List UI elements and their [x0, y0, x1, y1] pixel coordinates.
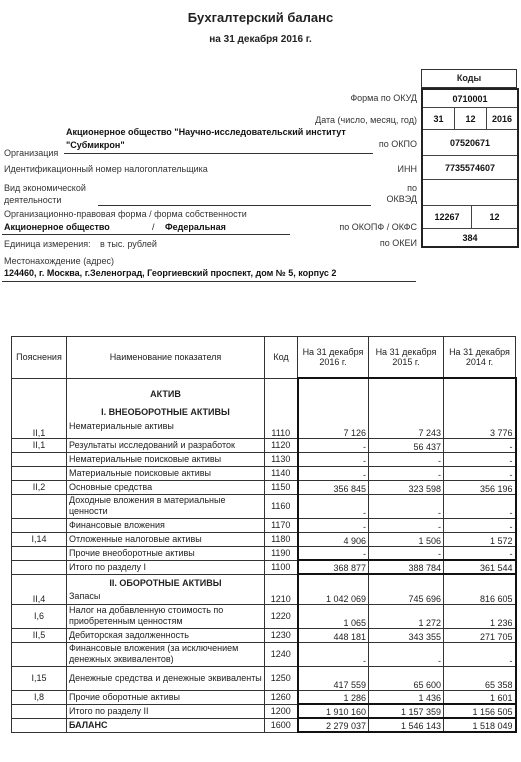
row-code: 1100 — [265, 560, 298, 574]
table-row: Финансовые вложения (за исключением дене… — [12, 642, 516, 666]
codes-header: Коды — [421, 69, 517, 88]
row-note — [12, 546, 67, 560]
inn-value: 7735574607 — [423, 156, 517, 179]
org-name-line-2: "Субмикрон" — [64, 140, 373, 154]
okud-label: Форма по ОКУД — [350, 93, 417, 103]
row-name-text: Запасы — [69, 591, 100, 601]
row-name-text: Отложенные налоговые активы — [69, 534, 202, 544]
row-name: Доходные вложения в материальные ценност… — [67, 494, 265, 518]
okfs-value: 12 — [472, 206, 517, 228]
value-2014: 356 196 — [444, 480, 516, 494]
ownership-value: Федеральная — [165, 222, 226, 232]
value-2016: 1 286 — [298, 690, 369, 704]
value-2016: 2 279 037 — [298, 718, 369, 732]
value-2016: - — [298, 452, 369, 466]
okei-label: по ОКЕИ — [380, 238, 417, 248]
inn-label: ИНН — [398, 164, 417, 174]
row-name-text: Финансовые вложения (за исключением дене… — [69, 643, 238, 664]
row-name: Нематериальные поисковые активы — [67, 452, 265, 466]
row-code: 1260 — [265, 690, 298, 704]
row-name-text: Материальные поисковые активы — [69, 468, 211, 478]
value-2014: 1 601 — [444, 690, 516, 704]
row-note — [12, 466, 67, 480]
col-2015: На 31 декабря 2015 г. — [369, 337, 444, 379]
row-code: 1160 — [265, 494, 298, 518]
row-code: 1130 — [265, 452, 298, 466]
okei-value: 384 — [423, 229, 517, 246]
row-code: 1250 — [265, 666, 298, 690]
legal-form-value: Акционерное общество — [4, 222, 110, 232]
value-2015: - — [369, 452, 444, 466]
okpo-value: 07520671 — [423, 130, 517, 155]
row-name-text: Нематериальные активы — [69, 421, 174, 431]
col-2014: На 31 декабря 2014 г. — [444, 337, 516, 379]
row-name: АКТИВI. ВНЕОБОРОТНЫЕ АКТИВЫНематериальны… — [67, 378, 265, 438]
row-code: 1210 — [265, 574, 298, 604]
table-row: Прочие внеоборотные активы1190--- — [12, 546, 516, 560]
address-value: 124460, г. Москва, г.Зеленоград, Георгие… — [2, 268, 416, 282]
okud-value: 0710001 — [423, 90, 517, 107]
value-2015: 7 243 — [369, 378, 444, 438]
row-name-text: Налог на добавленную стоимость по приобр… — [69, 605, 223, 626]
col-notes: Пояснения — [12, 337, 67, 379]
row-name: Прочие оборотные активы — [67, 690, 265, 704]
activity-field — [98, 195, 371, 206]
value-2015: - — [369, 494, 444, 518]
org-name-line-1: Акционерное общество "Научно-исследовате… — [66, 127, 346, 137]
value-2014: 1 518 049 — [444, 718, 516, 732]
table-row: I,6Налог на добавленную стоимость по при… — [12, 604, 516, 628]
row-note: II,1 — [12, 438, 67, 452]
table-row: I,8Прочие оборотные активы12601 2861 436… — [12, 690, 516, 704]
row-note — [12, 718, 67, 732]
row-code: 1200 — [265, 704, 298, 718]
document-date: на 31 декабря 2016 г. — [0, 34, 521, 45]
value-2016: - — [298, 466, 369, 480]
row-name: Основные средства — [67, 480, 265, 494]
row-note: II,5 — [12, 628, 67, 642]
row-name: Отложенные налоговые активы — [67, 532, 265, 546]
section-1-heading: I. ВНЕОБОРОТНЫЕ АКТИВЫ — [69, 407, 262, 417]
row-name: II. ОБОРОТНЫЕ АКТИВЫЗапасы — [67, 574, 265, 604]
row-code: 1230 — [265, 628, 298, 642]
row-name-text: БАЛАНС — [69, 720, 108, 730]
date-label: Дата (число, месяц, год) — [315, 115, 417, 125]
value-2015: 1 506 — [369, 532, 444, 546]
row-note: II,4 — [12, 574, 67, 604]
row-name-text: Доходные вложения в материальные ценност… — [69, 495, 225, 516]
table-row: II,1АКТИВI. ВНЕОБОРОТНЫЕ АКТИВЫНематериа… — [12, 378, 516, 438]
value-2016: - — [298, 642, 369, 666]
table-row: II,4II. ОБОРОТНЫЕ АКТИВЫЗапасы12101 042 … — [12, 574, 516, 604]
value-2014: 65 358 — [444, 666, 516, 690]
value-2015: 65 600 — [369, 666, 444, 690]
row-note — [12, 452, 67, 466]
row-code: 1170 — [265, 518, 298, 532]
row-note: I,15 — [12, 666, 67, 690]
total-row: Итого по разделу II12001 910 1601 157 35… — [12, 704, 516, 718]
address-label: Местонахождение (адрес) — [4, 256, 114, 266]
value-2014: 271 705 — [444, 628, 516, 642]
row-note: II,2 — [12, 480, 67, 494]
value-2015: 1 546 143 — [369, 718, 444, 732]
table-row: II,2Основные средства1150356 845323 5983… — [12, 480, 516, 494]
value-2014: 1 236 — [444, 604, 516, 628]
total-row: Итого по разделу I1100368 877388 784361 … — [12, 560, 516, 574]
value-2015: 745 696 — [369, 574, 444, 604]
row-name-text: Денежные средства и денежные эквиваленты — [69, 673, 262, 683]
value-2015: 388 784 — [369, 560, 444, 574]
value-2014: - — [444, 518, 516, 532]
row-note: I,8 — [12, 690, 67, 704]
value-2016: 7 126 — [298, 378, 369, 438]
value-2014: 1 572 — [444, 532, 516, 546]
row-name: Денежные средства и денежные эквиваленты — [67, 666, 265, 690]
okved-value — [423, 180, 517, 205]
section-aktiv: АКТИВ — [69, 389, 262, 399]
date-year: 2016 — [487, 108, 517, 129]
balance-row: БАЛАНС16002 279 0371 546 1431 518 049 — [12, 718, 516, 732]
row-code: 1190 — [265, 546, 298, 560]
row-note — [12, 494, 67, 518]
table-row: I,14Отложенные налоговые активы11804 906… — [12, 532, 516, 546]
value-2016: 4 906 — [298, 532, 369, 546]
ownership-separator: / — [152, 222, 155, 232]
row-note — [12, 560, 67, 574]
okpo-label: по ОКПО — [379, 139, 417, 149]
row-name-text: Прочие оборотные активы — [69, 692, 180, 702]
table-row: II,1Результаты исследований и разработок… — [12, 438, 516, 452]
value-2016: 1 042 069 — [298, 574, 369, 604]
row-note: I,14 — [12, 532, 67, 546]
row-code: 1140 — [265, 466, 298, 480]
value-2016: 356 845 — [298, 480, 369, 494]
table-row: I,15Денежные средства и денежные эквивал… — [12, 666, 516, 690]
value-2015: 56 437 — [369, 438, 444, 452]
row-name: Налог на добавленную стоимость по приобр… — [67, 604, 265, 628]
date-day: 31 — [423, 108, 454, 129]
table-header-row: Пояснения Наименование показателя Код На… — [12, 337, 516, 379]
value-2015: 343 355 — [369, 628, 444, 642]
row-name-text: Прочие внеоборотные активы — [69, 548, 195, 558]
table-row: Финансовые вложения1170--- — [12, 518, 516, 532]
value-2016: 1 910 160 — [298, 704, 369, 718]
row-name-text: Итого по разделу I — [69, 562, 146, 572]
table-row: Нематериальные поисковые активы1130--- — [12, 452, 516, 466]
row-code: 1240 — [265, 642, 298, 666]
row-code: 1150 — [265, 480, 298, 494]
codes-grid: 0710001 31 12 2016 07520671 7735574607 1… — [421, 88, 519, 248]
row-note: II,1 — [12, 378, 67, 438]
unit-label: Единица измерения: — [4, 239, 91, 249]
row-name: БАЛАНС — [67, 718, 265, 732]
row-name: Итого по разделу II — [67, 704, 265, 718]
section-2-heading: II. ОБОРОТНЫЕ АКТИВЫ — [69, 578, 262, 588]
value-2014: - — [444, 642, 516, 666]
value-2016: 417 559 — [298, 666, 369, 690]
row-code: 1600 — [265, 718, 298, 732]
value-2014: 816 605 — [444, 574, 516, 604]
okved-label-2: ОКВЭД — [386, 194, 417, 204]
row-note — [12, 704, 67, 718]
row-note: I,6 — [12, 604, 67, 628]
value-2016: - — [298, 518, 369, 532]
value-2015: 1 272 — [369, 604, 444, 628]
value-2016: 368 877 — [298, 560, 369, 574]
value-2015: - — [369, 466, 444, 480]
activity-label-2: деятельности — [4, 195, 61, 205]
value-2014: 3 776 — [444, 378, 516, 438]
row-name: Прочие внеоборотные активы — [67, 546, 265, 560]
value-2016: - — [298, 546, 369, 560]
legal-form-label: Организационно-правовая форма / форма со… — [4, 209, 247, 219]
value-2015: - — [369, 546, 444, 560]
col-2016: На 31 декабря 2016 г. — [298, 337, 369, 379]
row-name: Материальные поисковые активы — [67, 466, 265, 480]
row-code: 1110 — [265, 378, 298, 438]
value-2014: - — [444, 438, 516, 452]
table-row: Материальные поисковые активы1140--- — [12, 466, 516, 480]
value-2014: 361 544 — [444, 560, 516, 574]
row-code: 1120 — [265, 438, 298, 452]
value-2016: - — [298, 438, 369, 452]
date-month: 12 — [455, 108, 486, 129]
okopf-value: 12267 — [423, 206, 471, 228]
balance-table: Пояснения Наименование показателя Код На… — [11, 336, 517, 733]
row-code: 1220 — [265, 604, 298, 628]
row-name-text: Финансовые вложения — [69, 520, 165, 530]
okved-label-1: по — [407, 183, 417, 193]
legal-form-field: Акционерное общество / Федеральная — [2, 221, 290, 235]
value-2015: 1 436 — [369, 690, 444, 704]
value-2014: - — [444, 452, 516, 466]
activity-label-1: Вид экономической — [4, 183, 86, 193]
value-2016: 448 181 — [298, 628, 369, 642]
row-name: Итого по разделу I — [67, 560, 265, 574]
inn-text: Идентификационный номер налогоплательщик… — [4, 164, 208, 174]
row-name: Финансовые вложения (за исключением дене… — [67, 642, 265, 666]
okopf-label: по ОКОПФ / ОКФС — [339, 222, 417, 232]
row-name-text: Дебиторская задолженность — [69, 630, 189, 640]
row-name-text: Основные средства — [69, 482, 152, 492]
col-indicator: Наименование показателя — [67, 337, 265, 379]
row-note — [12, 518, 67, 532]
row-name: Результаты исследований и разработок — [67, 438, 265, 452]
value-2014: - — [444, 546, 516, 560]
row-name-text: Нематериальные поисковые активы — [69, 454, 221, 464]
value-2015: 323 598 — [369, 480, 444, 494]
value-2015: 1 157 359 — [369, 704, 444, 718]
value-2014: 1 156 505 — [444, 704, 516, 718]
value-2014: - — [444, 494, 516, 518]
table-row: Доходные вложения в материальные ценност… — [12, 494, 516, 518]
value-2015: - — [369, 642, 444, 666]
value-2016: 1 065 — [298, 604, 369, 628]
value-2014: - — [444, 466, 516, 480]
unit-value: в тыс. рублей — [100, 239, 157, 249]
col-code: Код — [265, 337, 298, 379]
org-label: Организация — [4, 148, 58, 158]
row-name: Дебиторская задолженность — [67, 628, 265, 642]
row-name-text: Результаты исследований и разработок — [69, 440, 235, 450]
table-row: II,5Дебиторская задолженность1230448 181… — [12, 628, 516, 642]
value-2015: - — [369, 518, 444, 532]
row-code: 1180 — [265, 532, 298, 546]
row-name-text: Итого по разделу II — [69, 706, 149, 716]
value-2016: - — [298, 494, 369, 518]
row-note — [12, 642, 67, 666]
document-title: Бухгалтерский баланс — [0, 10, 521, 25]
row-name: Финансовые вложения — [67, 518, 265, 532]
